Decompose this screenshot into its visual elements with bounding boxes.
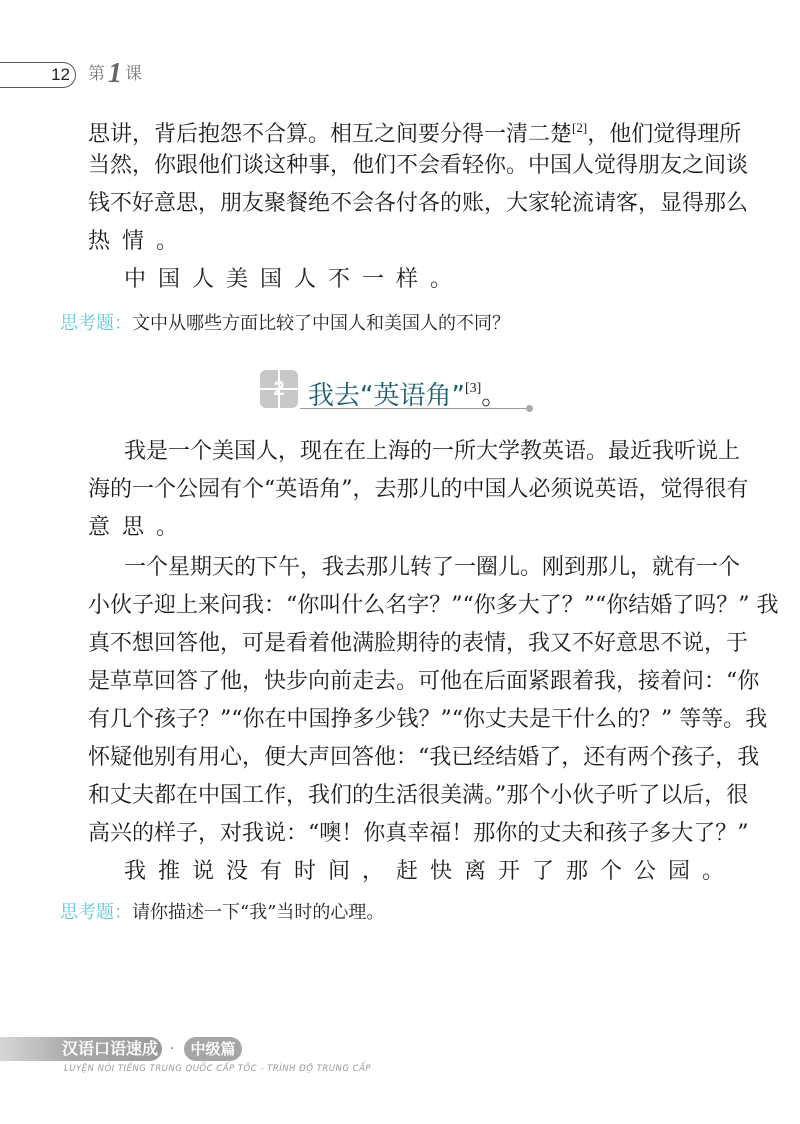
page-number: 12	[44, 64, 70, 86]
section-number: 2	[260, 378, 298, 401]
heading-underline-dot	[526, 405, 533, 412]
body-line: 钱不好意思，朋友聚餐绝不会各付各的账，大家轮流请客，显得那么	[88, 189, 720, 219]
lesson-number: 1	[108, 58, 122, 89]
body-line: 中国人美国人不一样。	[124, 265, 720, 295]
body-line: 是草草回答了他，快步向前走去。可他在后面紧跟着我，接着问：“你	[88, 667, 720, 697]
book-title: 汉语口语速成	[62, 1037, 158, 1061]
question-text: 文中从哪些方面比较了中国人和美国人的不同？	[132, 313, 510, 334]
footer-separator: ·	[170, 1037, 174, 1061]
body-line: 我推说没有时间，赶快离开了那个公园。	[124, 857, 720, 887]
body-line: 一个星期天的下午，我去那儿转了一圈儿。刚到那儿，就有一个	[124, 553, 720, 583]
section-title: 我去“英语角”[3]。	[308, 372, 507, 413]
body-line: 我是一个美国人，现在在上海的一所大学教英语。最近我听说上	[124, 437, 720, 467]
body-line: 和丈夫都在中国工作，我们的生活很美满。”那个小伙子听了以后，很	[88, 781, 720, 811]
body-line: 意思。	[88, 513, 720, 543]
footnote-ref[interactable]: [3]	[465, 381, 481, 396]
section-number-badge: 2	[260, 370, 298, 408]
body-line: 真不想回答他，可是看着他满脸期待的表情，我又不好意思不说，于	[88, 629, 720, 659]
body-line: 当然，你跟他们谈这种事，他们不会看轻你。中国人觉得朋友之间谈	[88, 151, 720, 181]
footnote-ref[interactable]: [2]	[572, 120, 587, 135]
body-text: 思讲，背后抱怨不合算。相互之间要分得一清二楚	[88, 122, 572, 147]
body-line: 怀疑他别有用心，便大声回答他：“我已经结婚了，还有两个孩子，我	[88, 743, 720, 773]
section-title-text: 我去“英语角”	[308, 381, 465, 411]
body-line: 海的一个公园有个“英语角”，去那儿的中国人必须说英语，觉得很有	[88, 475, 720, 505]
body-text: ，他们觉得理所	[587, 122, 741, 147]
lesson-prefix: 第	[88, 64, 105, 84]
body-line: 热情。	[88, 227, 720, 257]
section-title-period: 。	[481, 381, 507, 411]
lesson-label: 第1课	[88, 60, 142, 88]
level-badge: 中级篇	[184, 1037, 242, 1061]
question-text: 请你描述一下“我”当时的心理。	[132, 902, 384, 923]
book-subtitle: LUYỆN NÓI TIẾNG TRUNG QUỐC CẤP TỐC - TRÌ…	[64, 1064, 371, 1074]
body-line: 高兴的样子，对我说：“噢！你真幸福！那你的丈夫和孩子多大了？”	[88, 819, 720, 849]
body-line: 小伙子迎上来问我：“你叫什么名字？”“你多大了？”“你结婚了吗？” 我	[88, 591, 720, 621]
think-question-1: 思考题：文中从哪些方面比较了中国人和美国人的不同？	[60, 311, 510, 337]
think-question-2: 思考题：请你描述一下“我”当时的心理。	[60, 900, 384, 926]
question-label: 思考题：	[60, 902, 132, 923]
body-line: 思讲，背后抱怨不合算。相互之间要分得一清二楚[2]，他们觉得理所	[88, 113, 720, 143]
question-label: 思考题：	[60, 313, 132, 334]
heading-underline	[300, 408, 528, 409]
body-line: 有几个孩子？”“你在中国挣多少钱？”“你丈夫是干什么的？” 等等。我	[88, 705, 720, 735]
lesson-suffix: 课	[125, 64, 142, 84]
